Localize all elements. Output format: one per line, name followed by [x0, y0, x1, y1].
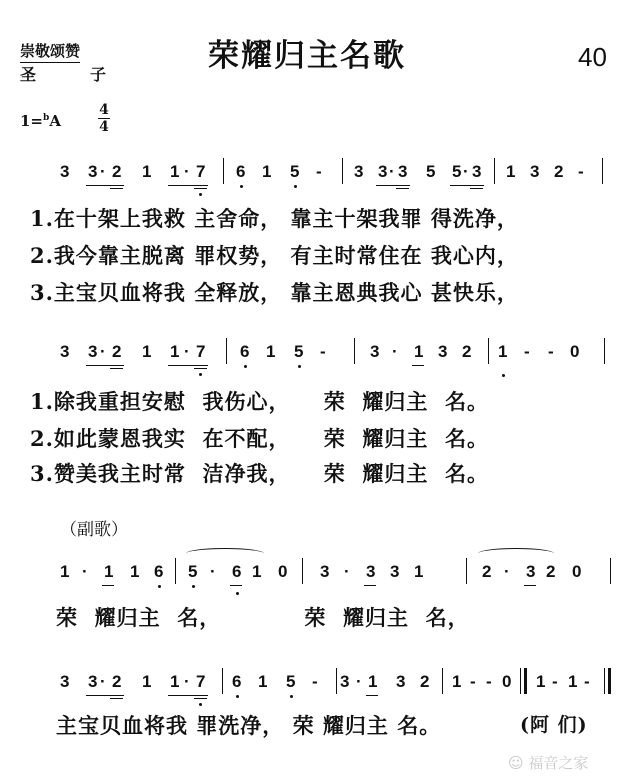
key-prefix: 1=	[20, 112, 43, 130]
note: 2	[112, 342, 121, 362]
lyric-verse-3-line-1: 3.主宝贝血将我 全释放， 靠主恩典我心 甚快乐，	[30, 277, 519, 307]
barline	[610, 558, 611, 584]
key-note: A	[49, 112, 61, 130]
lyric-chorus-line-1: 荣 耀归主 名， 荣 耀归主 名，	[56, 602, 470, 632]
note: 1	[142, 342, 151, 362]
dash: -	[578, 162, 584, 182]
lyric-verse-2-line-1: 2.我今靠主脱离 罪权势， 有主时常住在 我心内，	[30, 240, 519, 270]
note: 3	[320, 562, 329, 582]
note: 3	[438, 342, 447, 362]
note: 0	[502, 672, 511, 692]
lyric-verse-2-line-2: 2.如此蒙恩我实 在不配， 荣 耀归主 名。	[30, 423, 489, 453]
dot-mark: ·	[100, 162, 106, 182]
note: 1	[170, 162, 179, 182]
dot-mark: ·	[184, 672, 190, 692]
dot-mark: ·	[344, 562, 350, 582]
note: 1	[266, 342, 275, 362]
note: 1	[142, 162, 151, 182]
low-octave-dot	[290, 695, 293, 698]
note: 2	[554, 162, 563, 182]
dot-mark: ·	[184, 342, 190, 362]
note: 2	[546, 562, 555, 582]
note: 3	[60, 162, 69, 182]
dot-mark: ·	[356, 672, 362, 692]
note: 3	[60, 672, 69, 692]
note: 7	[196, 672, 205, 692]
note: 1	[368, 672, 377, 692]
note: 1	[252, 562, 261, 582]
barline	[226, 338, 227, 364]
underline	[364, 585, 376, 586]
wechat-icon: ☺	[508, 754, 524, 772]
barline	[222, 668, 223, 694]
dot-mark: ·	[504, 562, 510, 582]
barline	[442, 668, 443, 694]
underline	[168, 365, 208, 366]
dot-mark: ·	[100, 672, 106, 692]
note: 1	[414, 562, 423, 582]
dot-mark: ·	[184, 162, 190, 182]
low-octave-dot	[502, 374, 505, 377]
end-barline-thick	[608, 668, 611, 694]
page-number: 40	[578, 42, 607, 73]
note: 5	[452, 162, 461, 182]
note: 1	[142, 672, 151, 692]
underline	[396, 188, 409, 189]
underline	[86, 185, 124, 186]
note: 3	[472, 162, 481, 182]
note: 2	[112, 672, 121, 692]
note: 1	[498, 342, 507, 362]
note: 6	[232, 562, 241, 582]
barline	[342, 158, 343, 184]
note: 2	[482, 562, 491, 582]
note: 2	[420, 672, 429, 692]
dot-mark: ·	[82, 562, 88, 582]
underline	[110, 188, 123, 189]
time-signature: 4 4	[98, 102, 110, 135]
note: 3	[526, 562, 535, 582]
category-label: 崇敬颂赞	[20, 40, 80, 63]
lyric-chorus-line-2: 主宝贝血将我 罪洗净， 荣 耀归主 名。	[56, 710, 441, 740]
barline	[602, 158, 603, 184]
note: 3	[378, 162, 387, 182]
staff-chorus-1: 1 · 1 1 6 5 · 6 1 0 3 · 3 3 1 2 · 3 2 0	[58, 558, 618, 588]
note: 0	[278, 562, 287, 582]
slur	[478, 548, 554, 559]
underline	[86, 695, 124, 696]
low-octave-dot	[244, 365, 247, 368]
note: 7	[196, 342, 205, 362]
dash: -	[470, 672, 476, 692]
note: 3	[370, 342, 379, 362]
note: 1	[104, 562, 113, 582]
watermark: ☺ 福音之家	[508, 752, 588, 773]
note: 3	[366, 562, 375, 582]
note: 0	[572, 562, 581, 582]
dash: -	[320, 342, 326, 362]
underline	[194, 188, 207, 189]
barline	[488, 338, 489, 364]
underline	[470, 188, 483, 189]
note: 1	[506, 162, 515, 182]
note: 6	[154, 562, 163, 582]
note: 6	[236, 162, 245, 182]
low-octave-dot	[236, 695, 239, 698]
underline	[102, 585, 114, 586]
lyric-verse-1-line-1: 1.在十架上我救 主舍命， 靠主十架我罪 得洗净，	[30, 203, 519, 233]
note: 1	[414, 342, 423, 362]
time-bottom: 4	[99, 119, 109, 135]
note: 3	[88, 672, 97, 692]
low-octave-dot	[158, 585, 161, 588]
underline	[376, 185, 410, 186]
song-title: 荣耀归主名歌	[208, 30, 406, 75]
amen-label: (阿 们)	[520, 710, 588, 737]
dot-mark: ·	[463, 162, 469, 182]
author-label: 圣 子	[20, 62, 106, 85]
low-octave-dot	[192, 585, 195, 588]
barline	[336, 668, 337, 694]
author-char-2: 子	[90, 62, 106, 85]
barline	[302, 558, 303, 584]
note: 7	[196, 162, 205, 182]
underline	[168, 185, 208, 186]
dot-mark: ·	[392, 342, 398, 362]
barline	[494, 158, 495, 184]
key-signature: 1=bA	[20, 112, 61, 130]
underline	[194, 368, 207, 369]
dash: -	[552, 672, 558, 692]
end-barline	[604, 668, 605, 694]
underline	[412, 365, 424, 366]
note: 1	[568, 672, 577, 692]
note: 5	[286, 672, 295, 692]
dash: -	[548, 342, 554, 362]
note: 2	[112, 162, 121, 182]
staff-chorus-2: 3 3 · 2 1 1 · 7 6 1 5 - 3 · 1 3 2 1 - - …	[58, 668, 618, 698]
note: 1	[262, 162, 271, 182]
note: 3	[396, 672, 405, 692]
barline	[354, 338, 355, 364]
staff-verse-2: 3 3 · 2 1 1 · 7 6 1 5 - 3 · 1 3 2 1 - - …	[58, 338, 618, 368]
barline	[175, 558, 176, 584]
underline	[450, 185, 484, 186]
dash: -	[312, 672, 318, 692]
dot-mark: ·	[100, 342, 106, 362]
dash: -	[316, 162, 322, 182]
low-octave-dot	[199, 193, 202, 196]
low-octave-dot	[199, 703, 202, 706]
underline	[110, 698, 123, 699]
note: 1	[536, 672, 545, 692]
lyric-verse-1-line-2: 1.除我重担安慰 我伤心， 荣 耀归主 名。	[30, 386, 489, 416]
barline	[223, 158, 224, 184]
low-octave-dot	[294, 185, 297, 188]
dot-mark: ·	[210, 562, 216, 582]
underline	[230, 585, 242, 586]
underline	[86, 365, 124, 366]
low-octave-dot	[236, 592, 239, 595]
note: 3	[88, 162, 97, 182]
underline	[524, 585, 536, 586]
note: 1	[130, 562, 139, 582]
note: 5	[188, 562, 197, 582]
note: 3	[530, 162, 539, 182]
underline	[110, 368, 123, 369]
note: 1	[258, 672, 267, 692]
note: 1	[170, 672, 179, 692]
note: 1	[170, 342, 179, 362]
slur	[186, 548, 264, 559]
note: 3	[60, 342, 69, 362]
staff-verse-1: 3 3 · 2 1 1 · 7 6 1 5 - 3 3 · 3 5 5 · 3 …	[58, 158, 618, 188]
note: 3	[354, 162, 363, 182]
dash: -	[524, 342, 530, 362]
low-octave-dot	[199, 373, 202, 376]
low-octave-dot	[240, 185, 243, 188]
note: 6	[232, 672, 241, 692]
barline	[466, 558, 467, 584]
note: 0	[570, 342, 579, 362]
dash: -	[486, 672, 492, 692]
note: 5	[294, 342, 303, 362]
note: 6	[240, 342, 249, 362]
note: 3	[390, 562, 399, 582]
chorus-label: （副歌）	[60, 515, 128, 540]
watermark-text: 福音之家	[528, 754, 588, 772]
dash: -	[584, 672, 590, 692]
double-barline-thick	[524, 668, 527, 694]
note: 1	[60, 562, 69, 582]
note: 3	[340, 672, 349, 692]
underline	[194, 698, 207, 699]
note: 3	[398, 162, 407, 182]
note: 2	[462, 342, 471, 362]
barline	[604, 338, 605, 364]
note: 5	[290, 162, 299, 182]
note: 3	[88, 342, 97, 362]
time-top: 4	[99, 102, 109, 118]
lyric-verse-3-line-2: 3.赞美我主时常 洁净我， 荣 耀归主 名。	[30, 458, 489, 488]
dot-mark: ·	[389, 162, 395, 182]
low-octave-dot	[298, 365, 301, 368]
double-barline	[520, 668, 521, 694]
underline	[168, 695, 208, 696]
note: 1	[452, 672, 461, 692]
note: 5	[426, 162, 435, 182]
author-char-1: 圣	[20, 62, 36, 85]
underline	[366, 695, 378, 696]
